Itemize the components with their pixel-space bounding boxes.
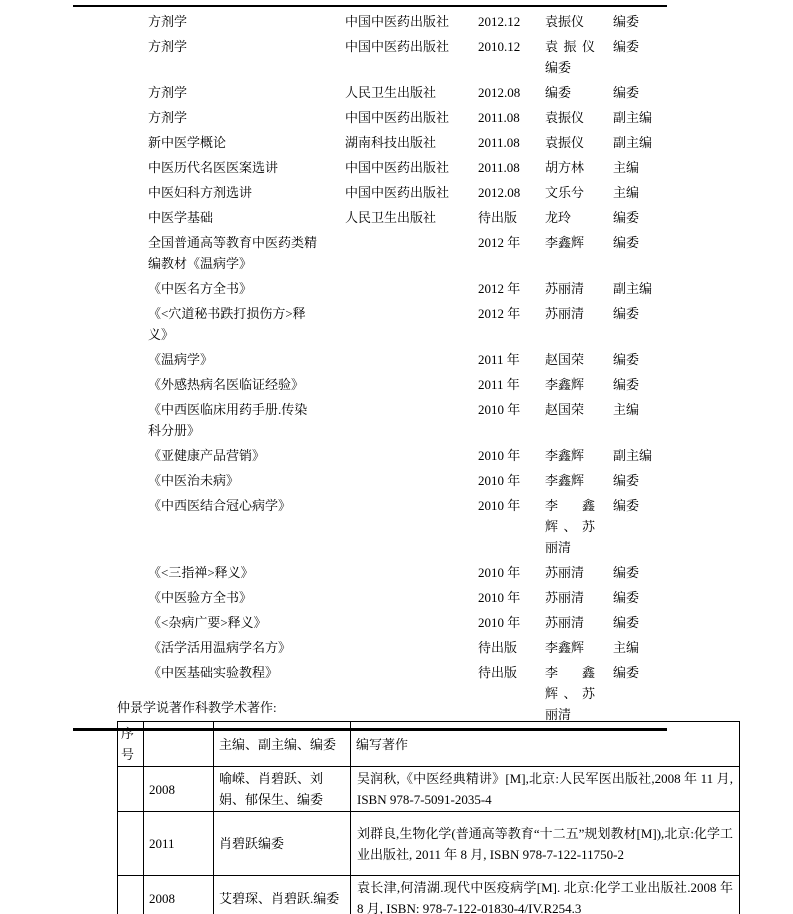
row-index-cell (73, 349, 148, 370)
publication-row: 中医历代名医医案选讲 中国中医药出版社 2011.08 胡方林 主编 (73, 157, 667, 178)
row-index-cell (73, 612, 148, 633)
author-role: 主编 (613, 399, 667, 441)
author-name: 李鑫辉 (545, 445, 613, 466)
author-name: 李鑫辉、苏丽清 (545, 662, 613, 725)
row-index-cell (73, 562, 148, 583)
row-index-cell (73, 182, 148, 203)
row-index-cell (73, 207, 148, 228)
publication-row: 《温病学》 2011 年 赵国荣 编委 (73, 349, 667, 370)
zhongjing-works-table: 序号 主编、副主编、编委 编写著作 2008 喻嵘、肖碧跃、刘娟、郁保生、编委 … (117, 721, 740, 914)
row-index-cell (73, 82, 148, 103)
author-role: 编委 (613, 82, 667, 103)
author-name: 袁振仪 (545, 11, 613, 32)
author-name: 龙玲 (545, 207, 613, 228)
publisher-name (345, 562, 478, 583)
row-index-cell (73, 495, 148, 558)
publisher-name (345, 349, 478, 370)
publisher-name (345, 637, 478, 658)
publisher-name: 中国中医药出版社 (345, 11, 478, 32)
book-title: 《中西医结合冠心病学》 (148, 495, 345, 558)
author-role: 编委 (613, 612, 667, 633)
book-title: 《<穴道秘书跌打损伤方>释义》 (148, 303, 345, 345)
book-title: 《亚健康产品营销》 (148, 445, 345, 466)
publication-row: 《活学活用温病学名方》 待出版 李鑫辉 主编 (73, 637, 667, 658)
publication-row: 方剂学 中国中医药出版社 2010.12 袁振仪 编委 编委 (73, 36, 667, 78)
publish-date: 2010 年 (478, 587, 545, 608)
publications-table: 方剂学 中国中医药出版社 2012.12 袁振仪 编委 方剂学 中国中医药出版社… (73, 5, 667, 731)
publish-date: 2011.08 (478, 157, 545, 178)
book-title: 《中西医临床用药手册.传染科分册》 (148, 399, 345, 441)
publisher-name (345, 303, 478, 345)
author-name: 苏丽清 (545, 612, 613, 633)
book-title: 《<杂病广要>释义》 (148, 612, 345, 633)
book-title: 《<三指禅>释义》 (148, 562, 345, 583)
author-role: 编委 (613, 662, 667, 725)
author-role: 副主编 (613, 132, 667, 153)
book-title: 方剂学 (148, 82, 345, 103)
author-name: 赵国荣 (545, 349, 613, 370)
publish-date: 2011.08 (478, 132, 545, 153)
publisher-name: 中国中医药出版社 (345, 36, 478, 78)
work-cell: 袁长津,何清湖.现代中医疫病学[M]. 北京:化学工业出版社.2008 年 8 … (351, 876, 740, 914)
row-index-cell (73, 399, 148, 441)
row-index-cell (73, 470, 148, 491)
header-work: 编写著作 (351, 722, 740, 767)
seq-cell (118, 876, 144, 914)
book-title: 方剂学 (148, 107, 345, 128)
publisher-name (345, 662, 478, 725)
publication-row: 《中西医结合冠心病学》 2010 年 李鑫辉、苏丽清 编委 (73, 495, 667, 558)
author-name: 李鑫辉 (545, 637, 613, 658)
author-role: 编委 (613, 587, 667, 608)
editors-cell: 肖碧跃编委 (214, 812, 351, 876)
header-year (144, 722, 214, 767)
author-role: 编委 (613, 470, 667, 491)
publisher-name (345, 399, 478, 441)
author-role: 编委 (613, 11, 667, 32)
author-role: 编委 (613, 207, 667, 228)
row-index-cell (73, 36, 148, 78)
author-role: 编委 (613, 374, 667, 395)
seq-cell (118, 812, 144, 876)
publish-date: 2010 年 (478, 399, 545, 441)
publisher-name: 人民卫生出版社 (345, 82, 478, 103)
publication-row: 《中医名方全书》 2012 年 苏丽清 副主编 (73, 278, 667, 299)
table-header-row: 序号 主编、副主编、编委 编写著作 (118, 722, 740, 767)
row-index-cell (73, 157, 148, 178)
book-title: 全国普通高等教育中医药类精编教材《温病学》 (148, 232, 345, 274)
publication-row: 《外感热病名医临证经验》 2011 年 李鑫辉 编委 (73, 374, 667, 395)
book-title: 中医学基础 (148, 207, 345, 228)
publication-row: 中医妇科方剂选讲 中国中医药出版社 2012.08 文乐兮 主编 (73, 182, 667, 203)
publish-date: 待出版 (478, 207, 545, 228)
publish-date: 2011.08 (478, 107, 545, 128)
author-role: 主编 (613, 157, 667, 178)
author-role: 编委 (613, 562, 667, 583)
row-index-cell (73, 11, 148, 32)
publish-date: 待出版 (478, 662, 545, 725)
author-role: 编委 (613, 349, 667, 370)
author-role: 主编 (613, 637, 667, 658)
row-index-cell (73, 278, 148, 299)
publication-row: 《<三指禅>释义》 2010 年 苏丽清 编委 (73, 562, 667, 583)
publisher-name: 人民卫生出版社 (345, 207, 478, 228)
book-title: 方剂学 (148, 11, 345, 32)
book-title: 方剂学 (148, 36, 345, 78)
table-row: 2008 艾碧琛、肖碧跃.编委 袁长津,何清湖.现代中医疫病学[M]. 北京:化… (118, 876, 740, 914)
row-index-cell (73, 132, 148, 153)
author-name: 李鑫辉、苏丽清 (545, 495, 613, 558)
publisher-name (345, 374, 478, 395)
author-name: 李鑫辉 (545, 374, 613, 395)
publisher-name: 中国中医药出版社 (345, 182, 478, 203)
publish-date: 2010 年 (478, 495, 545, 558)
publication-row: 《<穴道秘书跌打损伤方>释义》 2012 年 苏丽清 编委 (73, 303, 667, 345)
author-role: 编委 (613, 36, 667, 78)
document-page: 方剂学 中国中医药出版社 2012.12 袁振仪 编委 方剂学 中国中医药出版社… (0, 0, 793, 914)
author-name: 苏丽清 (545, 278, 613, 299)
author-name: 苏丽清 (545, 562, 613, 583)
publication-row: 《中医治未病》 2010 年 李鑫辉 编委 (73, 470, 667, 491)
publish-date: 2012.08 (478, 82, 545, 103)
publisher-name (345, 495, 478, 558)
work-cell: 吴润秋,《中医经典精讲》[M],北京:人民军医出版社,2008 年 11 月, … (351, 767, 740, 812)
row-index-cell (73, 107, 148, 128)
author-role: 副主编 (613, 445, 667, 466)
publish-date: 2010 年 (478, 612, 545, 633)
author-role: 副主编 (613, 107, 667, 128)
publication-row: 中医学基础 人民卫生出版社 待出版 龙玲 编委 (73, 207, 667, 228)
section-heading: 仲景学说著作科教学术著作: (117, 699, 277, 717)
header-editors: 主编、副主编、编委 (214, 722, 351, 767)
publication-row: 《中医验方全书》 2010 年 苏丽清 编委 (73, 587, 667, 608)
row-index-cell (73, 303, 148, 345)
table-row: 2008 喻嵘、肖碧跃、刘娟、郁保生、编委 吴润秋,《中医经典精讲》[M],北京… (118, 767, 740, 812)
author-role: 编委 (613, 232, 667, 274)
publish-date: 2012 年 (478, 303, 545, 345)
publisher-name: 中国中医药出版社 (345, 157, 478, 178)
author-name: 胡方林 (545, 157, 613, 178)
editors-cell: 艾碧琛、肖碧跃.编委 (214, 876, 351, 914)
author-name: 袁振仪 (545, 107, 613, 128)
row-index-cell (73, 587, 148, 608)
book-title: 《中医名方全书》 (148, 278, 345, 299)
publisher-name (345, 612, 478, 633)
publication-row: 《<杂病广要>释义》 2010 年 苏丽清 编委 (73, 612, 667, 633)
publish-date: 2012.08 (478, 182, 545, 203)
publisher-name: 湖南科技出版社 (345, 132, 478, 153)
publish-date: 2010 年 (478, 562, 545, 583)
publication-row: 《亚健康产品营销》 2010 年 李鑫辉 副主编 (73, 445, 667, 466)
publish-date: 2012 年 (478, 278, 545, 299)
author-name: 袁振仪 (545, 132, 613, 153)
publisher-name (345, 587, 478, 608)
table-row: 2011 肖碧跃编委 刘群良,生物化学(普通高等教育“十二五”规划教材[M]),… (118, 812, 740, 876)
author-name: 赵国荣 (545, 399, 613, 441)
year-cell: 2008 (144, 876, 214, 914)
publish-date: 2012.12 (478, 11, 545, 32)
publish-date: 2011 年 (478, 349, 545, 370)
book-title: 《中医治未病》 (148, 470, 345, 491)
publish-date: 2012 年 (478, 232, 545, 274)
row-index-cell (73, 637, 148, 658)
book-title: 《活学活用温病学名方》 (148, 637, 345, 658)
author-role: 主编 (613, 182, 667, 203)
book-title: 《温病学》 (148, 349, 345, 370)
author-name: 袁振仪 编委 (545, 36, 613, 78)
publisher-name (345, 445, 478, 466)
row-index-cell (73, 232, 148, 274)
author-name: 编委 (545, 82, 613, 103)
year-cell: 2008 (144, 767, 214, 812)
year-cell: 2011 (144, 812, 214, 876)
book-title: 新中医学概论 (148, 132, 345, 153)
author-role: 编委 (613, 303, 667, 345)
book-title: 中医妇科方剂选讲 (148, 182, 345, 203)
publish-date: 2010 年 (478, 470, 545, 491)
publish-date: 2010.12 (478, 36, 545, 78)
author-name: 苏丽清 (545, 587, 613, 608)
author-role: 编委 (613, 495, 667, 558)
publish-date: 2010 年 (478, 445, 545, 466)
publisher-name: 中国中医药出版社 (345, 107, 478, 128)
seq-cell (118, 767, 144, 812)
row-index-cell (73, 445, 148, 466)
publisher-name (345, 470, 478, 491)
author-name: 李鑫辉 (545, 470, 613, 491)
work-cell: 刘群良,生物化学(普通高等教育“十二五”规划教材[M]),北京:化学工业出版社,… (351, 812, 740, 876)
publish-date: 待出版 (478, 637, 545, 658)
publisher-name (345, 232, 478, 274)
publish-date: 2011 年 (478, 374, 545, 395)
publisher-name (345, 278, 478, 299)
publication-row: 方剂学 人民卫生出版社 2012.08 编委 编委 (73, 82, 667, 103)
publication-row: 《中西医临床用药手册.传染科分册》 2010 年 赵国荣 主编 (73, 399, 667, 441)
author-name: 苏丽清 (545, 303, 613, 345)
author-name: 李鑫辉 (545, 232, 613, 274)
row-index-cell (73, 374, 148, 395)
book-title: 《中医验方全书》 (148, 587, 345, 608)
header-seq: 序号 (118, 722, 144, 767)
publication-row: 新中医学概论 湖南科技出版社 2011.08 袁振仪 副主编 (73, 132, 667, 153)
publication-row: 全国普通高等教育中医药类精编教材《温病学》 2012 年 李鑫辉 编委 (73, 232, 667, 274)
author-name: 文乐兮 (545, 182, 613, 203)
book-title: 《外感热病名医临证经验》 (148, 374, 345, 395)
author-role: 副主编 (613, 278, 667, 299)
publication-row: 方剂学 中国中医药出版社 2012.12 袁振仪 编委 (73, 11, 667, 32)
publication-row: 方剂学 中国中医药出版社 2011.08 袁振仪 副主编 (73, 107, 667, 128)
editors-cell: 喻嵘、肖碧跃、刘娟、郁保生、编委 (214, 767, 351, 812)
book-title: 中医历代名医医案选讲 (148, 157, 345, 178)
